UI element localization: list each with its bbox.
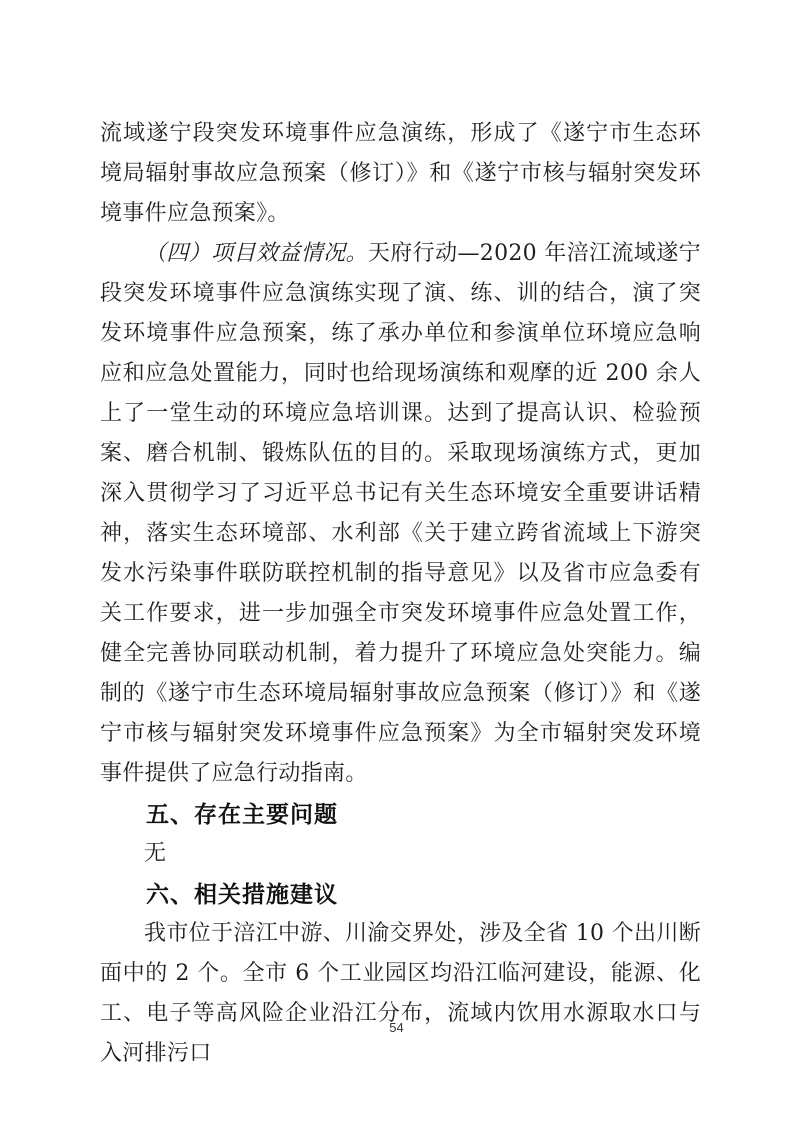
paragraph-section4: （四）项目效益情况。天府行动—2020 年涪江流域遂宁段突发环境事件应急演练实现… (100, 234, 701, 794)
section5-heading: 五、存在主要问题 (100, 794, 701, 834)
section6-heading: 六、相关措施建议 (100, 874, 701, 914)
section4-body-text: 天府行动—2020 年涪江流域遂宁段突发环境事件应急演练实现了演、练、训的结合，… (100, 241, 701, 786)
section5-body: 无 (100, 834, 701, 874)
document-body: 流域遂宁段突发环境事件应急演练，形成了《遂宁市生态环境局辐射事故应急预案（修订）… (100, 114, 701, 1074)
section4-lead-label: （四）项目效益情况。 (144, 241, 368, 266)
page-number: 54 (0, 1020, 793, 1035)
paragraph-section6: 我市位于涪江中游、川渝交界处，涉及全省 10 个出川断面中的 2 个。全市 6 … (100, 914, 701, 1074)
paragraph-continuation: 流域遂宁段突发环境事件应急演练，形成了《遂宁市生态环境局辐射事故应急预案（修订）… (100, 114, 701, 234)
document-page: 流域遂宁段突发环境事件应急演练，形成了《遂宁市生态环境局辐射事故应急预案（修订）… (0, 0, 793, 1122)
